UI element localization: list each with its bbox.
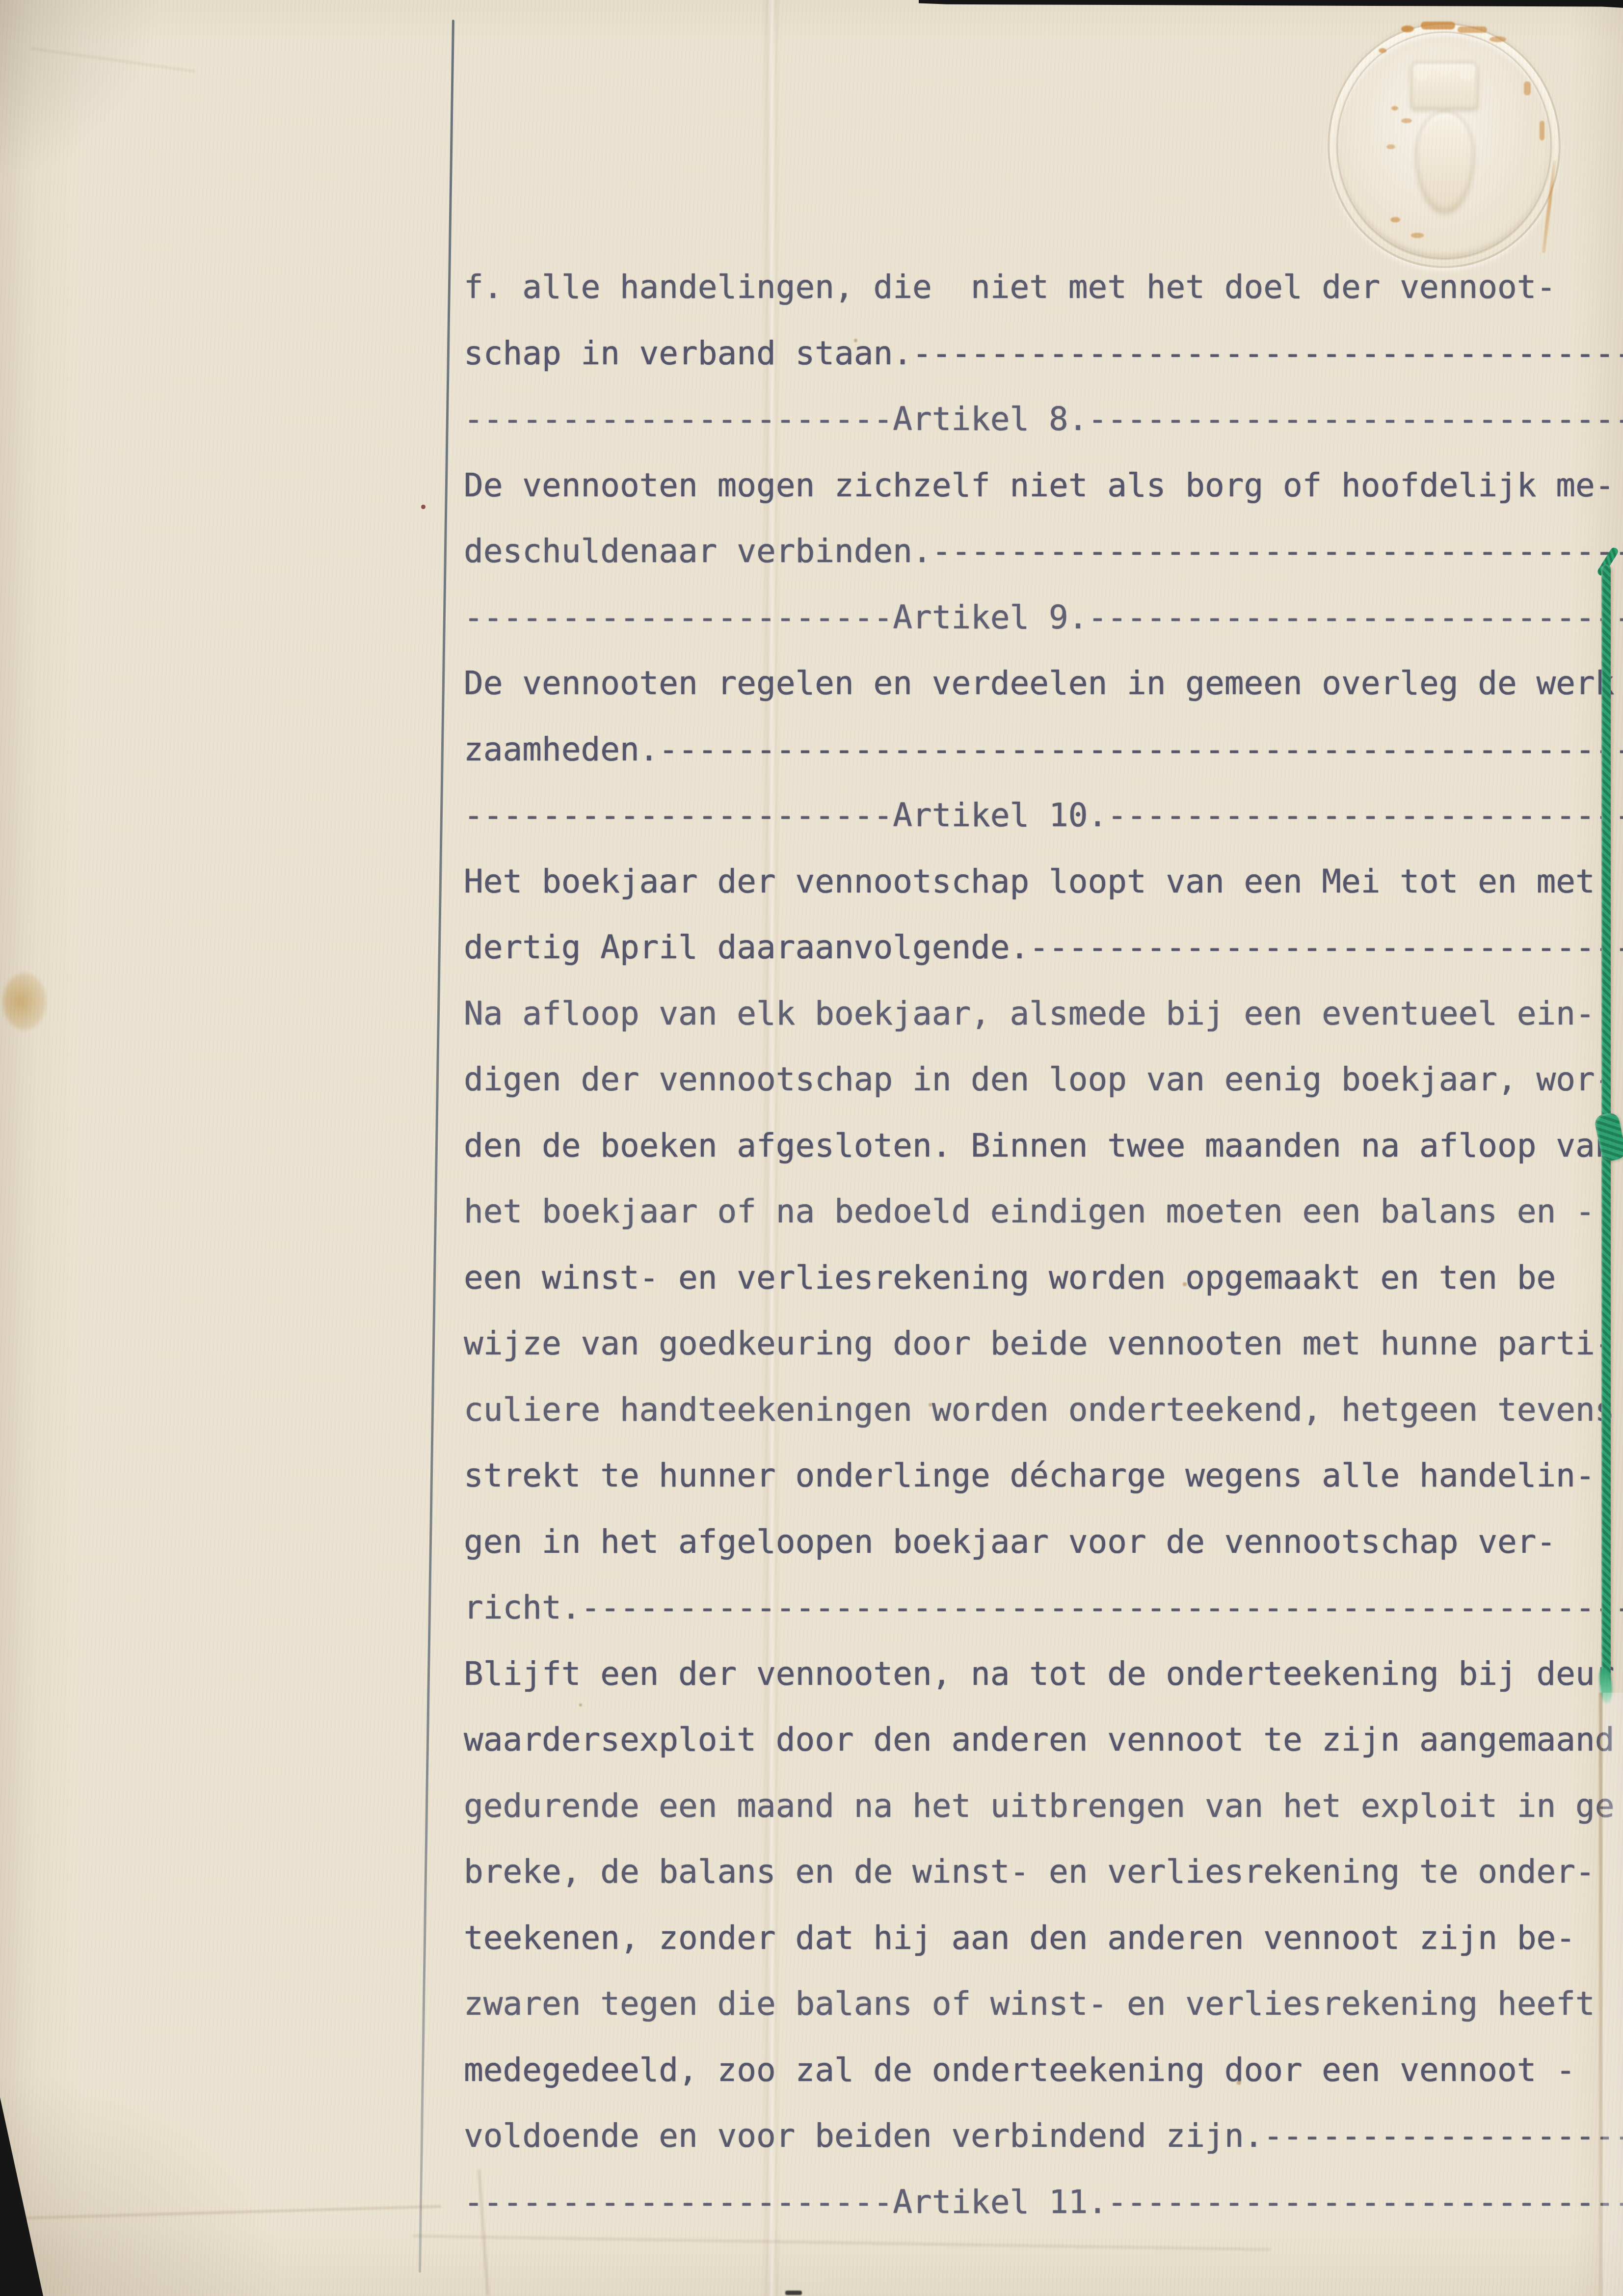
typed-line: den de boeken afgesloten. Binnen twee ma… (464, 1130, 1614, 1162)
typed-line: ----------------------Artikel 9.--------… (464, 601, 1623, 634)
typed-line: een winst- en verliesrekening worden opg… (464, 1262, 1556, 1294)
embossed-seal (1328, 23, 1561, 268)
typed-line: culiere handteekeningen worden onderteek… (464, 1394, 1614, 1426)
rust-stain (1524, 81, 1531, 95)
rust-stain (1401, 26, 1414, 32)
typed-line: De vennooten mogen zichzelf niet als bor… (464, 469, 1614, 502)
typed-line: schap in verband staan.-----------------… (464, 337, 1623, 370)
typed-line: teekenen, zonder dat hij aan den anderen… (464, 1922, 1575, 1954)
crown-icon (1411, 62, 1478, 109)
typed-line: ----------------------Artikel 10.-------… (464, 799, 1623, 832)
typed-line: wijze van goedkeuring door beide vennoot… (464, 1327, 1614, 1360)
typed-line: het boekjaar of na bedoeld eindigen moet… (464, 1195, 1595, 1228)
rust-stain (1379, 48, 1386, 53)
paper-speck (929, 1403, 932, 1406)
paper-speck (1183, 1282, 1187, 1286)
rust-stain (1401, 118, 1412, 123)
rust-stain (1540, 121, 1544, 140)
typed-line: ----------------------Artikel 8.--------… (464, 403, 1623, 435)
stain (3, 973, 46, 1030)
typed-line: Blijft een der vennooten, na tot de onde… (464, 1658, 1614, 1690)
typed-line: gen in het afgeloopen boekjaar voor de v… (464, 1526, 1556, 1558)
typed-line: waardersexploit door den anderen vennoot… (464, 1724, 1614, 1756)
typed-line: strekt te hunner onderlinge décharge weg… (464, 1459, 1595, 1492)
typed-line: f. alle handelingen, die niet met het do… (464, 271, 1556, 303)
typed-line: De vennooten regelen en verdeelen in gem… (464, 667, 1614, 700)
typed-line: voldoende en voor beiden verbindend zijn… (464, 2120, 1623, 2152)
typed-line: dertig April daaraanvolgende.-----------… (464, 931, 1623, 964)
scanner-background-speck (785, 2291, 802, 2295)
typed-line: Het boekjaar der vennootschap loopt van … (464, 865, 1595, 898)
typed-line: zaamheden.------------------------------… (464, 733, 1623, 766)
typed-line: Na afloop van elk boekjaar, alsmede bij … (464, 998, 1595, 1030)
typed-line: digen der vennootschap in den loop van e… (464, 1063, 1614, 1096)
typed-line: richt.----------------------------------… (464, 1592, 1623, 1624)
paper-crease-highlight (1603, 1693, 1623, 2296)
typed-line: deschuldenaar verbinden.----------------… (464, 535, 1623, 567)
typed-line: gedurende een maand na het uitbrengen va… (464, 1790, 1614, 1822)
typed-text-block: f. alle handelingen, die niet met het do… (0, 0, 1623, 2296)
typed-line: medegedeeld, zoo zal de onderteekening d… (464, 2054, 1575, 2086)
paper-speck (1237, 2080, 1241, 2085)
document-page: f. alle handelingen, die niet met het do… (0, 0, 1623, 2296)
rust-stain (1411, 233, 1424, 238)
paper-speck (579, 1703, 582, 1706)
rust-stain (1390, 217, 1400, 222)
typed-line: ----------------------Artikel 11.-------… (464, 2186, 1623, 2218)
typed-line: breke, de balans en de winst- en verlies… (464, 1856, 1595, 1888)
typed-line: zwaren tegen die balans of winst- en ver… (464, 1988, 1595, 2020)
paper-crease (1599, 1693, 1602, 2296)
crown-seal-icon (1396, 62, 1490, 224)
paper-speck (854, 339, 857, 342)
ink-dot (421, 505, 426, 509)
rust-stain (1391, 106, 1398, 110)
rust-stain (1421, 22, 1455, 29)
rust-stain (1458, 27, 1487, 33)
rust-stain (1490, 36, 1506, 42)
rust-stain (1386, 144, 1395, 149)
shield-icon (1416, 111, 1474, 212)
